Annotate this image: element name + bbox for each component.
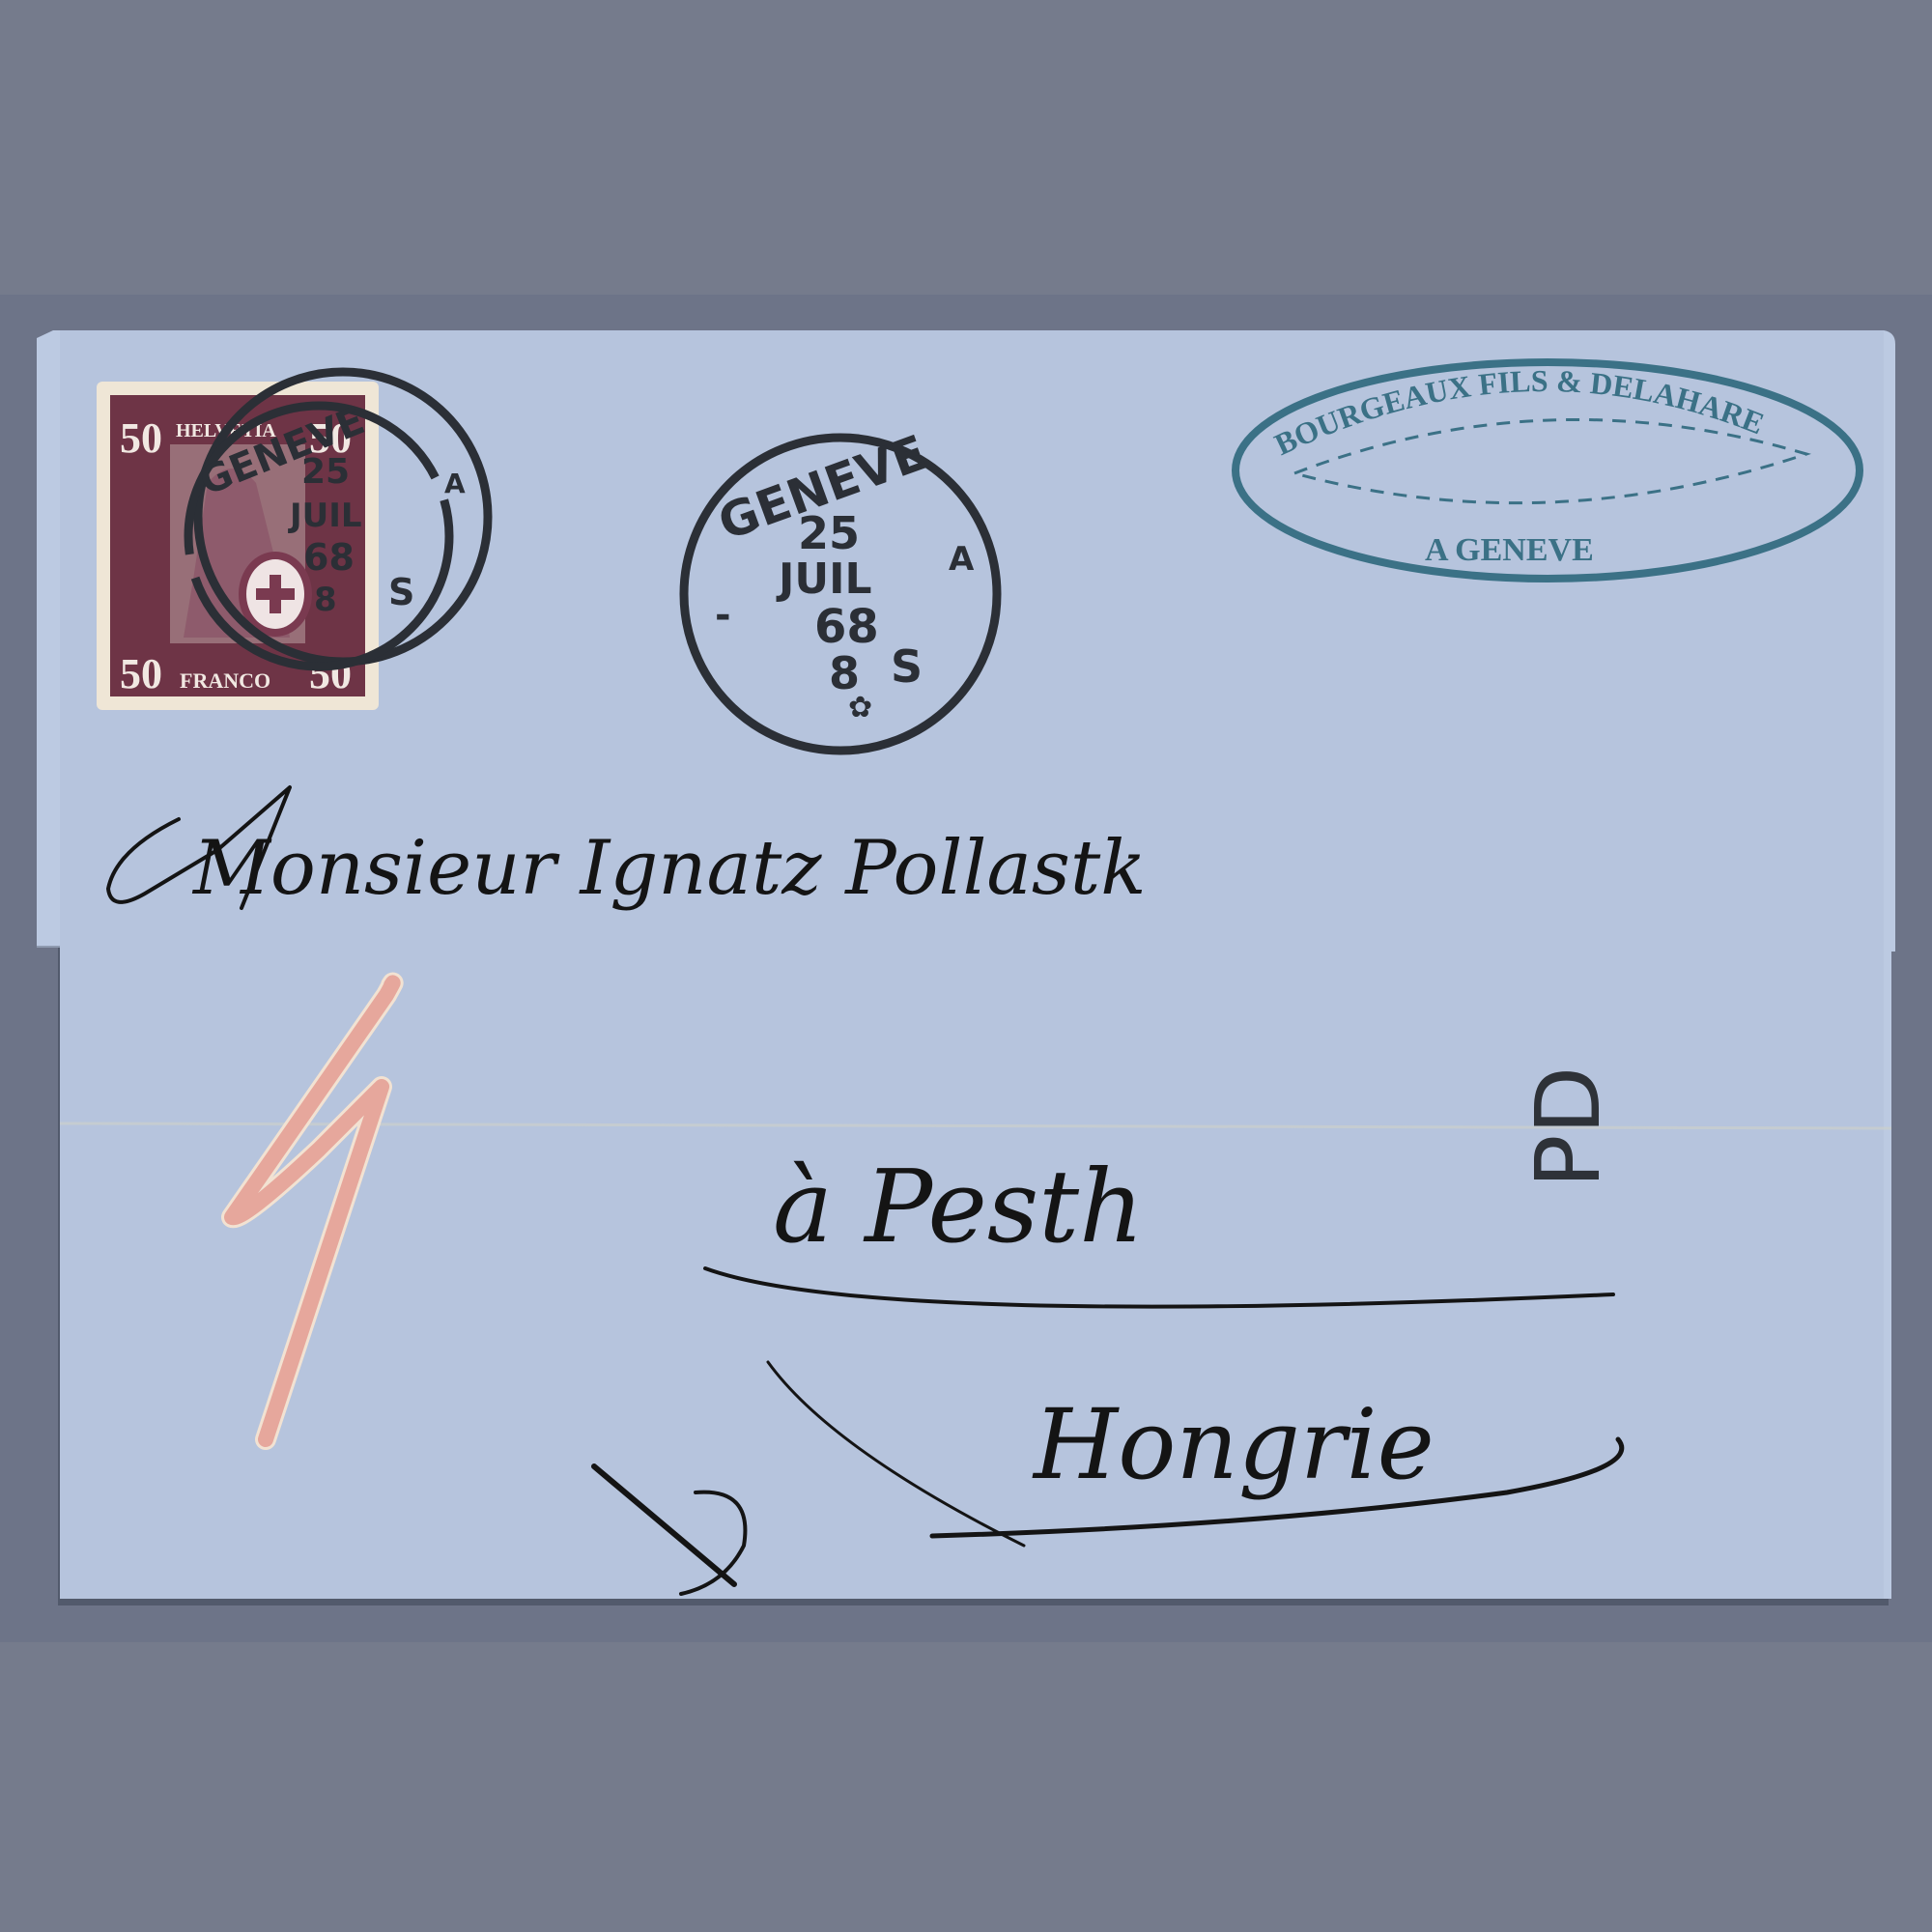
svg-text:A: A [949, 540, 975, 579]
svg-text:S: S [388, 571, 414, 613]
svg-text:A: A [444, 468, 466, 499]
postmark-month: JUIL [776, 554, 872, 604]
address-line-3: Hongrie [1032, 1388, 1435, 1501]
postmark-day: 25 [798, 507, 860, 559]
svg-text:8: 8 [314, 581, 337, 619]
handstamp-city: A GENEVE [1425, 532, 1594, 568]
stamp-value-bl: 50 [120, 650, 162, 697]
svg-text:-: - [715, 593, 731, 638]
stamp-bottom-label: FRANCO [180, 668, 270, 693]
svg-text:JUIL: JUIL [288, 497, 362, 535]
address-line-2: à Pesth [773, 1148, 1144, 1265]
pd-marking: PD [1517, 1066, 1620, 1188]
postmark-suffix: S [891, 640, 923, 693]
svg-text:68: 68 [303, 536, 355, 579]
address-line-1-visible: Monsieur Ignatz Pollastk [191, 825, 1147, 912]
postal-cover: 50 50 50 50 HELVETIA FRANCO GENEVE 25 JU… [0, 0, 1932, 1932]
stamp-value-tl: 50 [120, 414, 162, 462]
svg-text:25: 25 [301, 452, 350, 492]
svg-text:✿: ✿ [848, 691, 872, 724]
postmark-year: 68 [814, 600, 879, 654]
svg-text:PD: PD [1517, 1066, 1620, 1188]
